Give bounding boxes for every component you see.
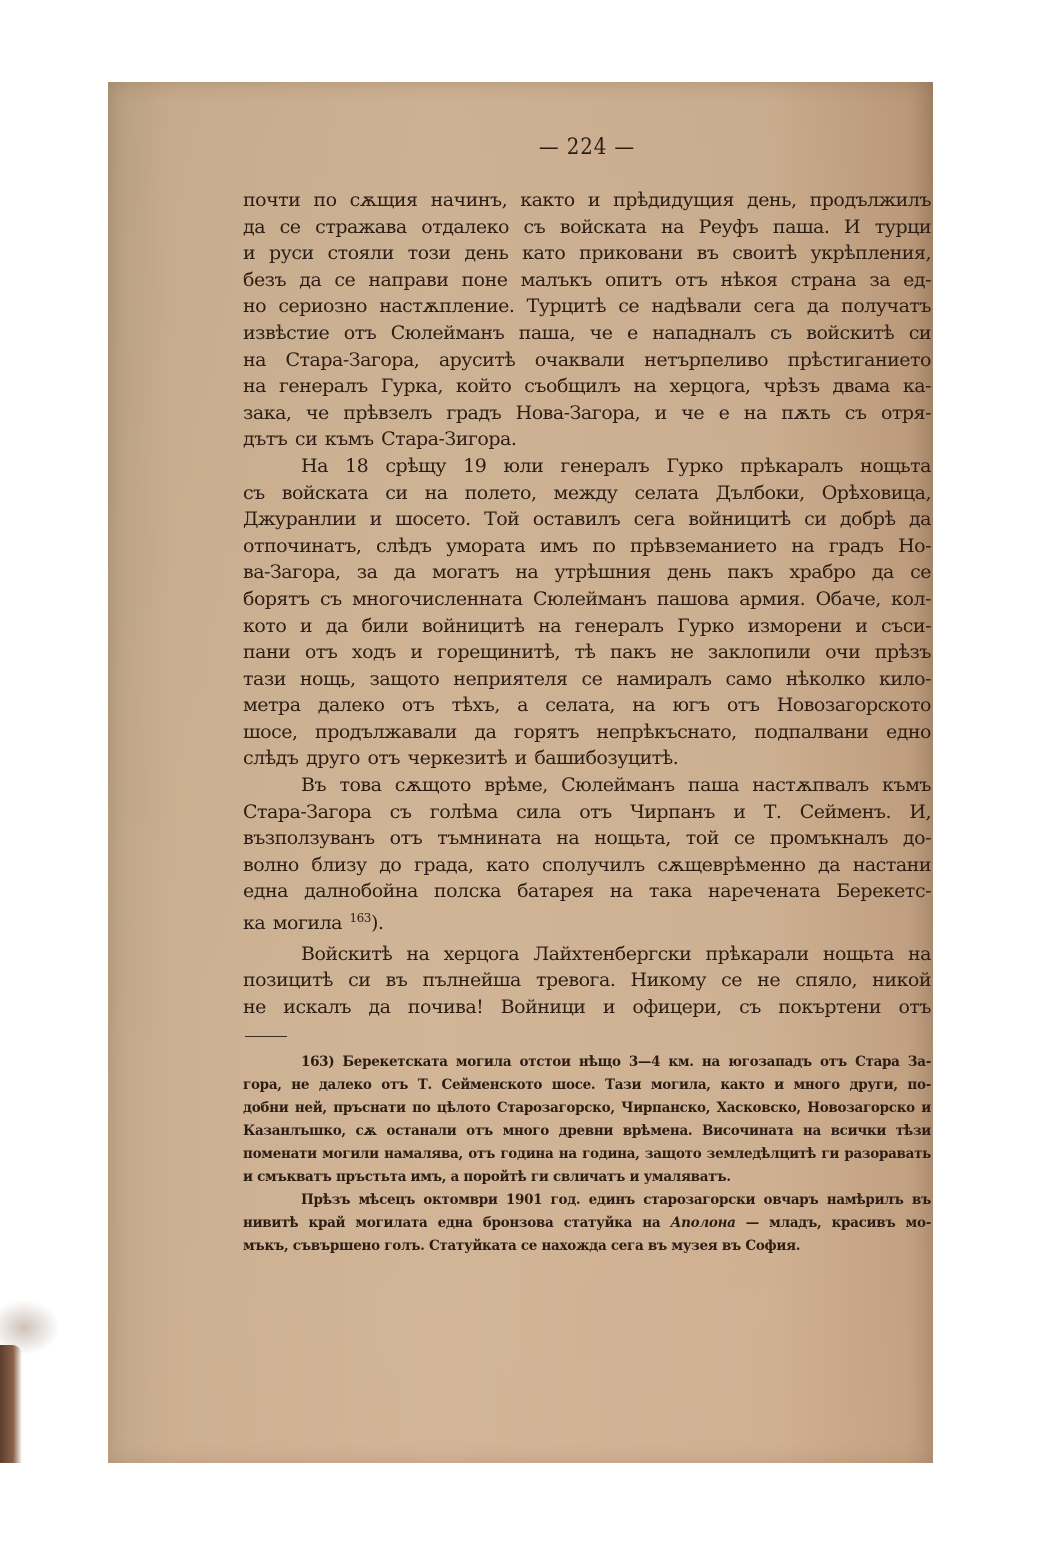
text-line: не искалъ да почива! Войници и офицери, … [243,994,931,1021]
text-line: съ войската си на полето, между селата Д… [243,480,931,507]
footnote-line: добни ней, пръснати по цѣлото Старозагор… [243,1097,931,1120]
paragraph: Войскитѣ на херцога Лайхтенбергски прѣка… [243,941,931,1021]
italic-name: Аполона [670,1215,735,1231]
text-line: Стара-Загора съ голѣма сила отъ Чирпанъ … [243,799,931,826]
text-line: и руси стояли този день като приковани в… [243,240,931,267]
text-line: ва-Загора, за да могатъ на утрѣшния день… [243,559,931,586]
text-line: ка могила 163). [243,905,931,932]
paragraph: Въ това сѫщото врѣме, Сюлейманъ паша нас… [243,772,931,932]
footnote: 163) Берекетската могила отстои нѣщо 3—4… [243,1051,931,1258]
footnote-line: Казанлъшко, сѫ останали отъ много древни… [243,1120,931,1143]
footnote-line: 163) Берекетската могила отстои нѣщо 3—4… [243,1051,931,1074]
footnote-line: поменати могили намалява, отъ година на … [243,1143,931,1166]
text-line: Джуранлии и шосето. Той оставилъ сега во… [243,506,931,533]
footnote-ref: 163 [350,911,371,925]
main-text: почти по сѫщия начинъ, както и прѣдидущи… [243,187,931,1020]
text-line: волно близу до града, като сполучилъ сѫщ… [243,852,931,879]
text-line: пани отъ ходъ и горещинитѣ, тѣ пакъ не з… [243,639,931,666]
text-line: една далнобойна полска батарея на така н… [243,878,931,905]
text-line: Войскитѣ на херцога Лайхтенбергски прѣка… [243,941,931,968]
text-line: позицитѣ си въ пълнейша тревога. Никому … [243,967,931,994]
text-line: отпочинатъ, слѣдъ умората имъ по прѣвзем… [243,533,931,560]
paragraph: почти по сѫщия начинъ, както и прѣдидущи… [243,187,931,453]
page-text: — 224 — почти по сѫщия начинъ, както и п… [243,135,931,1258]
footnote-line: и смъкватъ пръстьта имъ, а поройтѣ ги св… [243,1166,931,1189]
text-line: Въ това сѫщото врѣме, Сюлейманъ паша нас… [243,772,931,799]
text-line: кото и да били войницитѣ на генералъ Гур… [243,613,931,640]
scanner-thumb [0,1345,22,1463]
text-line: почти по сѫщия начинъ, както и прѣдидущи… [243,187,931,214]
text-line: зака, че прѣвзелъ градъ Нова-Загора, и ч… [243,400,931,427]
text-line: извѣстие отъ Сюлейманъ паша, че е нападн… [243,320,931,347]
text-line: тази нощь, защото неприятеля се намиралъ… [243,666,931,693]
footnote-line: мъкъ, съвършено голъ. Статуйката се нахо… [243,1235,931,1258]
paragraph: На 18 срѣщу 19 юли генералъ Гурко прѣкар… [243,453,931,772]
text-line: на генералъ Гурка, който съобщилъ на хер… [243,373,931,400]
text-line: слѣдъ друго отъ черкезитѣ и башибозуцитѣ… [243,745,931,772]
footnote-rule [245,1036,287,1037]
text-line: безъ да се направи поне малъкъ опитъ отъ… [243,267,931,294]
footnote-line: гора, не далеко отъ Т. Сейменското шосе.… [243,1074,931,1097]
text-line: борятъ съ многочисленната Сюлейманъ пашо… [243,586,931,613]
text-line: да се стражава отдалеко съ войската на Р… [243,214,931,241]
footnote-line: Прѣзъ мѣсецъ октомври 1901 год. единъ ст… [243,1189,931,1212]
text-line: метра далеко отъ тѣхъ, а селата, на югъ … [243,692,931,719]
page-number: — 224 — [277,135,896,165]
text-line: На 18 срѣщу 19 юли генералъ Гурко прѣкар… [243,453,931,480]
text-line: на Стара-Загора, аруситѣ очаквали нетърп… [243,347,931,374]
text-line: шосе, продължавали да горятъ непрѣкъснат… [243,719,931,746]
text-line: възползуванъ отъ тъмнината на нощьта, то… [243,825,931,852]
footnote-line: нивитѣ край могилата една бронзова стату… [243,1212,931,1235]
text-line: дътъ си къмъ Стара-Зигора. [243,426,931,453]
text-line: но сериозно настѫпление. Турцитѣ се надѣ… [243,293,931,320]
